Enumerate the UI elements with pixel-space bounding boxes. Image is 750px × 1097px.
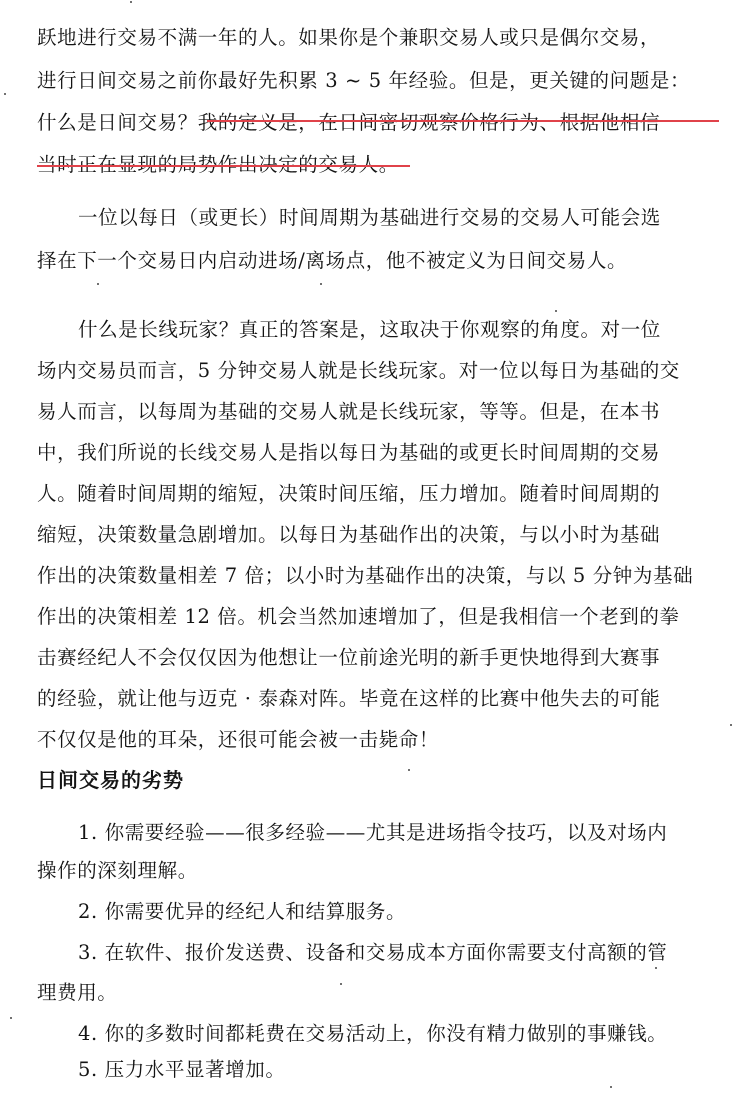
- text-line: 跃地进行交易不满一年的人。如果你是个兼职交易人或只是偶尔交易，: [37, 26, 717, 50]
- text-line: 一位以每日（或更长）时间周期为基础进行交易的交易人可能会选: [78, 206, 718, 230]
- text-line: 作出的决策相差 12 倍。机会当然加速增加了，但是我相信一个老到的拳: [37, 605, 717, 629]
- text-line: 择在下一个交易日内启动进场/离场点，他不被定义为日间交易人。: [37, 249, 717, 273]
- text-line: 中，我们所说的长线交易人是指以每日为基础的或更长时间周期的交易: [37, 441, 717, 465]
- list-item-1: 1. 你需要经验——很多经验——尤其是进场指令技巧，以及对场内: [78, 821, 718, 845]
- list-item-3-continued: 理费用。: [37, 981, 717, 1005]
- scan-speck: [340, 983, 342, 985]
- text-line: 什么是长线玩家？真正的答案是，这取决于你观察的角度。对一位: [78, 318, 718, 342]
- scan-speck: [10, 1017, 12, 1019]
- text-line: 易人而言，以每周为基础的交易人就是长线玩家，等等。但是，在本书: [37, 400, 717, 424]
- text-line: 击赛经纪人不会仅仅因为他想让一位前途光明的新手更快地得到大赛事: [37, 646, 717, 670]
- list-item-4: 4. 你的多数时间都耗费在交易活动上，你没有精力做别的事赚钱。: [78, 1022, 718, 1046]
- section-heading: 日间交易的劣势: [37, 768, 184, 792]
- text-line: 不仅仅是他的耳朵，还很可能会被一击毙命！: [37, 728, 717, 752]
- list-item-2: 2. 你需要优异的经纪人和结算服务。: [78, 900, 718, 924]
- scan-speck: [130, 1, 132, 3]
- text-line: 作出的决策数量相差 7 倍；以小时为基础作出的决策，与以 5 分钟为基础: [37, 564, 717, 588]
- scan-speck: [730, 724, 732, 726]
- red-underline: [207, 120, 719, 122]
- scan-speck: [610, 1086, 612, 1088]
- scan-speck: [655, 967, 657, 969]
- scan-speck: [320, 283, 322, 285]
- list-item-1-continued: 操作的深刻理解。: [37, 859, 717, 883]
- list-item-5: 5. 压力水平显著增加。: [78, 1058, 718, 1082]
- text-line: 人。随着时间周期的缩短，决策时间压缩，压力增加。随着时间周期的: [37, 482, 717, 506]
- text-line: 进行日间交易之前你最好先积累 3 ~ 5 年经验。但是，更关键的问题是：: [37, 69, 717, 93]
- scan-speck: [408, 769, 410, 771]
- text-line: 缩短，决策数量急剧增加。以每日为基础作出的决策，与以小时为基础: [37, 523, 717, 547]
- red-underline: [37, 165, 410, 167]
- text-line: 什么是日间交易？我的定义是，在日间密切观察价格行为、根据他相信: [37, 111, 717, 135]
- scan-speck: [4, 93, 6, 95]
- scan-speck: [97, 283, 99, 285]
- text-line: 的经验，就让他与迈克 · 泰森对阵。毕竟在这样的比赛中他失去的可能: [37, 687, 717, 711]
- text-line: 场内交易员而言，5 分钟交易人就是长线玩家。对一位以每日为基础的交: [37, 359, 717, 383]
- list-item-3: 3. 在软件、报价发送费、设备和交易成本方面你需要支付高额的管: [78, 941, 718, 965]
- scan-speck: [555, 310, 557, 312]
- scan-speck: [625, 698, 627, 700]
